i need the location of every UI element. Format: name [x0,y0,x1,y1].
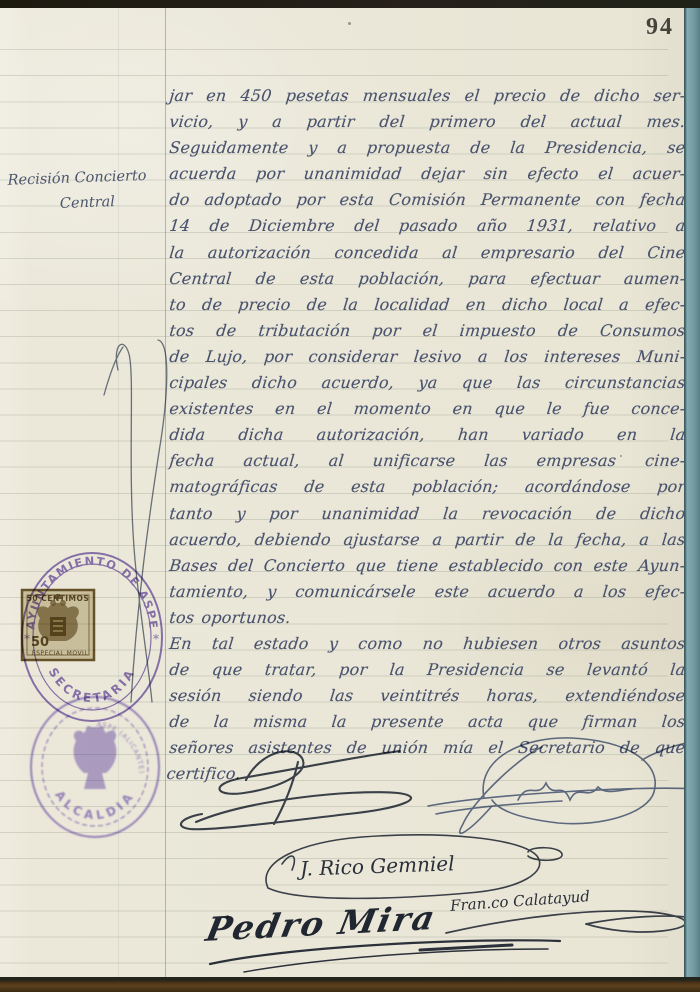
desk-edge-top [0,0,700,8]
desk-edge-bottom [0,977,700,992]
ink-speck [348,22,351,25]
stamp-star-right: * [153,632,159,646]
body-line: dida dicha autorización, han variado en … [168,422,687,448]
body-line: vicio, y a partir del primero del actual… [168,109,687,135]
body-line: 14 de Diciembre del pasado año 1931, rel… [168,213,687,239]
alcaldia-stamp-arc-bottom: ALCALDIA [52,788,138,822]
body-line: existentes en el momento en que le fue c… [168,396,687,422]
ink-speck [620,455,622,457]
margin-note: Recisión Concierto Central [7,163,167,218]
secretaria-stamp-arc-top: AYUNTAMIENTO DE ASPE [23,554,161,631]
body-line: de Lujo, por considerar lesivo a los int… [168,344,687,370]
body-line: matográficas de esta población; acordánd… [168,474,687,500]
stamp-star-left: * [24,632,30,646]
document-page: 94 Recisión Concierto Central jar en 450… [0,0,700,992]
body-line: do adoptado por esta Comisión Permanente… [168,187,687,213]
body-line: tanto y por unanimidad la revocación de … [168,501,687,527]
book-page-edge [684,8,700,977]
svg-text:ALCALDIA: ALCALDIA [52,788,138,822]
body-line: Bases del Concierto que tiene establecid… [168,553,687,579]
body-line: acuerda por unanimidad dejar sin efecto … [168,161,687,187]
body-line: señores asistentes de unión mía el Secre… [168,735,687,761]
body-line: to de precio de la localidad en dicho lo… [168,292,687,318]
body-line: cipales dicho acuerdo, ya que las circun… [168,370,687,396]
body-line: sesión siendo las veintitrés horas, exte… [168,683,687,709]
page-number: 94 [560,14,674,41]
body-line: tos de tributación por el impuesto de Co… [168,318,687,344]
body-line: tamiento, y comunicársele este acuerdo a… [168,579,687,605]
body-line: de que tratar, por la Presidencia se lev… [168,657,687,683]
alcaldia-stamp: ALCALDIA ASPE (ALICANTE) [26,693,164,841]
eagle-icon [74,726,117,789]
paper: 94 Recisión Concierto Central jar en 450… [0,8,684,977]
body-line: tos oportunos. [168,605,687,631]
body-line: de la misma la presente acta que firman … [168,709,687,735]
body-line: jar en 450 pesetas mensuales el precio d… [168,83,687,109]
body-line: En tal estado y como no hubiesen otros a… [168,631,687,657]
body-text: jar en 450 pesetas mensuales el precio d… [168,83,684,761]
body-line: la autorización concedida al empresario … [168,240,687,266]
margin-line [165,8,166,977]
body-line: fecha actual, al unificarse las empresas… [168,448,687,474]
body-line: Seguidamente y a propuesta de la Preside… [168,135,687,161]
body-line: Central de esta población, para efectuar… [168,266,687,292]
body-line: acuerdo, debiendo ajustarse a partir de … [168,527,687,553]
svg-text:AYUNTAMIENTO DE ASPE: AYUNTAMIENTO DE ASPE [23,554,161,631]
